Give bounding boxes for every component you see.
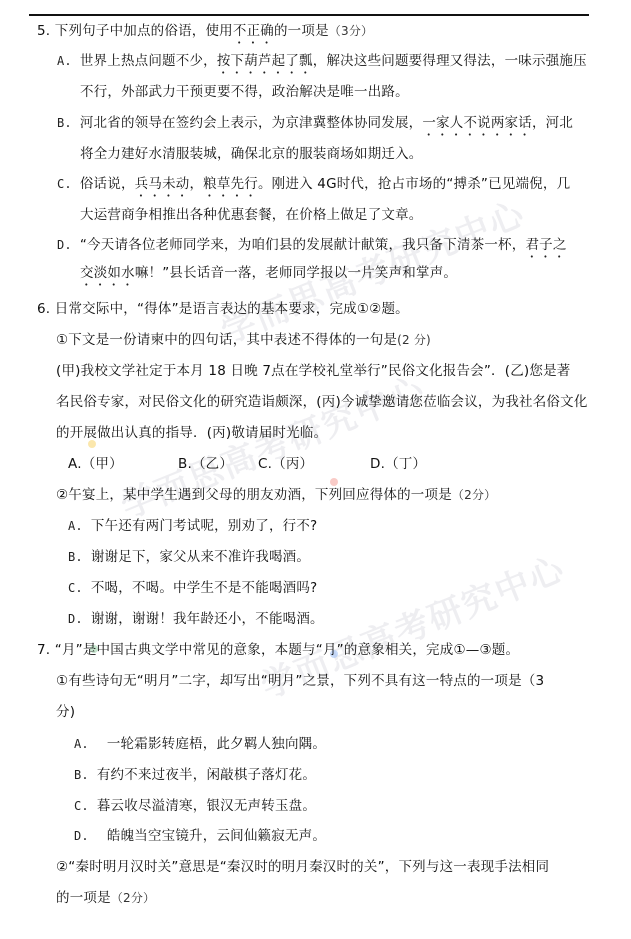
emphasized-idiom: 君子之: [525, 237, 566, 253]
option-label: D.: [57, 236, 72, 254]
option-text: 河北省的领导在签约会上表示，为京津冀整体协同发展，: [80, 115, 423, 131]
option-text: 下午还有两门考试呢，别劝了，行不?: [91, 518, 318, 534]
q5-option-d-cont: 交淡如水嘛！”县长话音一落，老师同学报以一片笑声和掌声。: [80, 264, 457, 289]
option-label: C.: [68, 579, 83, 597]
q7-sub2-prompt-cont: 的一项是（2分）: [56, 889, 155, 907]
q6-choice-c[interactable]: C.（丙）: [258, 455, 313, 473]
q7-sub1-option-b[interactable]: B.有约不来过夜半，闲敲棋子落灯花。: [74, 766, 316, 784]
q5-title-emphasis: 不正确: [233, 23, 274, 39]
option-label: B.: [74, 766, 89, 784]
score: （2分）: [452, 488, 496, 502]
sub-prompt: 的一项是: [56, 890, 111, 906]
q7-sub1-prompt-cont: 分): [56, 703, 75, 721]
option-text: 谢谢足下，家父从来不准许我喝酒。: [91, 549, 310, 565]
q5-title-end: 的一项是: [274, 23, 329, 39]
q6-sub2-prompt: ②午宴上，某中学生遇到父母的朋友劝酒，下列回应得体的一项是（2分）: [56, 486, 496, 504]
q6-passage-line: 名民俗专家，对民俗文化的研究造诣颇深，(丙)今诚挚邀请您莅临会议，为我社名俗文化: [56, 393, 588, 411]
emphasized-idiom: 一家人不说两家话: [422, 115, 532, 131]
q6-passage-line: 的开展做出认真的指导．(丙)敬请届时光临。: [56, 424, 327, 442]
option-label: A.: [68, 517, 83, 535]
q5-score: （3分）: [329, 24, 373, 38]
option-text: 世界上热点问题不少，: [80, 53, 217, 69]
option-label: B.: [68, 548, 83, 566]
option-text: 谢谢，谢谢！我年龄还小，不能喝酒。: [91, 611, 324, 627]
sub-prompt: ②午宴上，某中学生遇到父母的朋友劝酒，下列回应得体的一项是: [56, 487, 452, 503]
option-text: 有约不来过夜半，闲敲棋子落灯花。: [97, 767, 316, 783]
q7-title: 7. “月”是中国古典文学中常见的意象，本题与“月”的意象相关，完成①—③题。: [37, 641, 519, 659]
emphasized-idiom: 兵马未动，粮草先行: [135, 176, 258, 192]
q7-sub1-option-d[interactable]: D.皓魄当空宝镜升，云间仙籁寂无声。: [74, 827, 326, 845]
option-text: ，解决这些问题要得理又得法，一味示强施压: [313, 53, 587, 69]
sub-prompt: ①下文是一份请柬中的四句话，其中表述不得体的一句是: [56, 332, 397, 348]
option-text: 暮云收尽溢清寒，银汉无声转玉盘。: [97, 798, 316, 814]
option-text: ，河北: [532, 115, 573, 131]
q6-sub1-prompt: ①下文是一份请柬中的四句话，其中表述不得体的一句是(2 分): [56, 331, 431, 349]
option-label: A.: [57, 52, 72, 70]
q7-sub1-prompt: ①有些诗句无“明月”二字，却写出“明月”之景，下列不具有这一特点的一项是（3: [56, 672, 544, 690]
score: (2 分): [397, 333, 431, 347]
q5-title-text: 5. 下列句子中加点的俗语，使用: [37, 23, 233, 39]
option-text: “今天请各位老师同学来，为咱们县的发展献计献策，我只备下清茶一杯，: [80, 237, 526, 253]
q6-sub2-option-d[interactable]: D.谢谢，谢谢！我年龄还小，不能喝酒。: [68, 610, 324, 628]
option-label: D.: [68, 610, 83, 628]
option-text: 一轮霜影转庭梧，此夕羁人独向隅。: [107, 736, 326, 752]
option-label: B.: [57, 114, 72, 132]
emphasized-idiom: 按下葫芦起了瓢: [217, 53, 313, 69]
q6-choice-a[interactable]: A.（甲）: [68, 455, 123, 473]
q7-sub1-option-c[interactable]: C.暮云收尽溢清寒，银汉无声转玉盘。: [74, 797, 316, 815]
option-text: 俗话说，: [80, 176, 135, 192]
q6-title: 6. 日常交际中，“得体”是语言表达的基本要求，完成①②题。: [37, 300, 409, 318]
option-text: 嘛！”县长话音一落，老师同学报以一片笑声和掌声。: [135, 265, 457, 281]
header-rule: [29, 14, 589, 16]
q6-sub2-option-a[interactable]: A.下午还有两门考试呢，别劝了，行不?: [68, 517, 317, 535]
option-text: 不喝，不喝。中学生不是不能喝酒吗?: [91, 580, 318, 596]
q6-sub2-option-c[interactable]: C.不喝，不喝。中学生不是不能喝酒吗?: [68, 579, 317, 597]
q6-choice-d[interactable]: D.（丁）: [370, 455, 426, 473]
q6-choice-b[interactable]: B.（乙）: [178, 455, 233, 473]
watermark-dot: [330, 478, 338, 486]
option-text: 。刚进入 4G时代，抢占市场的“搏杀”已见端倪，几: [258, 176, 570, 192]
q7-sub1-option-a[interactable]: A.一轮霜影转庭梧，此夕羁人独向隅。: [74, 735, 326, 753]
q5-option-b[interactable]: B.河北省的领导在签约会上表示，为京津冀整体协同发展，一家人不说两家话，河北: [57, 114, 573, 139]
option-label: D.: [74, 827, 89, 845]
option-label: C.: [74, 797, 89, 815]
q5-option-b-cont: 将全力建好水清服装城，确保北京的服装商场如期迁入。: [80, 145, 423, 163]
q6-passage-line: (甲)我校文学社定于本月 18 日晚 7点在学校礼堂举行”民俗文化报告会”．(乙…: [56, 362, 571, 380]
q6-sub2-option-b[interactable]: B.谢谢足下，家父从来不准许我喝酒。: [68, 548, 310, 566]
q5-option-c-cont: 大运营商争相推出各种优惠套餐，在价格上做足了文章。: [80, 206, 423, 224]
emphasized-idiom: 交淡如水: [80, 265, 135, 281]
q5-option-d[interactable]: D.“今天请各位老师同学来，为咱们县的发展献计献策，我只备下清茶一杯，君子之: [57, 236, 567, 261]
option-text: 皓魄当空宝镜升，云间仙籁寂无声。: [107, 828, 326, 844]
q5-option-c[interactable]: C.俗话说，兵马未动，粮草先行。刚进入 4G时代，抢占市场的“搏杀”已见端倪，几: [57, 175, 570, 200]
q5-option-a-cont: 不行，外部武力干预更要不得，政治解决是唯一出路。: [80, 83, 409, 101]
q5-title: 5. 下列句子中加点的俗语，使用不正确的一项是（3分）: [37, 22, 373, 47]
option-label: C.: [57, 175, 72, 193]
q5-option-a[interactable]: A.世界上热点问题不少，按下葫芦起了瓢，解决这些问题要得理又得法，一味示强施压: [57, 52, 587, 77]
score: （2分）: [111, 891, 155, 905]
q7-sub2-prompt: ②“秦时明月汉时关”意思是“秦汉时的明月秦汉时的关”，下列与这一表现手法相同: [56, 858, 549, 876]
option-label: A.: [74, 735, 89, 753]
